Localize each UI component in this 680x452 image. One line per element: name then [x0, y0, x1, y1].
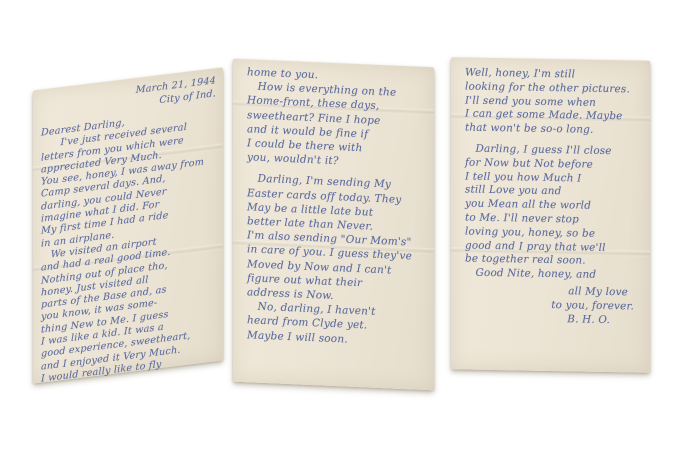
letter-photo: March 21, 1944 City of Ind. Dearest Darl… [0, 0, 680, 452]
letter-body-page-1: Dearest Darling, I've just received seve… [41, 106, 219, 386]
letter-body-page-2: home to you. How is everything on theHom… [247, 65, 429, 350]
letter-page-2: home to you. How is everything on theHom… [233, 59, 434, 391]
letter-signoff: all My love to you, forever. B. H. O. [465, 283, 644, 328]
letter-dateline: March 21, 1944 City of Ind. [136, 75, 216, 110]
letter-body-page-3: Well, honey, I'm stilllooking for the ot… [465, 67, 644, 328]
handwriting-line: Good Nite, honey, and [465, 267, 644, 284]
letter-page-3: Well, honey, I'm stilllooking for the ot… [451, 57, 650, 372]
letter-page-1: March 21, 1944 City of Ind. Dearest Darl… [33, 67, 223, 383]
letter-lines-container: Well, honey, I'm stilllooking for the ot… [465, 67, 644, 284]
